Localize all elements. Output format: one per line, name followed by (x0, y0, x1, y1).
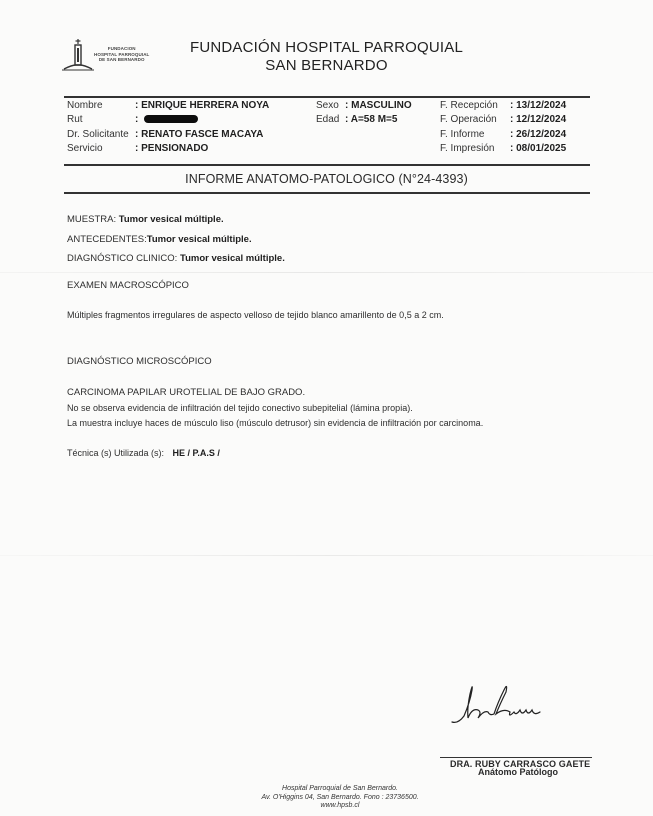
signature-scribble (448, 672, 558, 732)
solicitante-row: Dr. Solicitante: RENATO FASCE MACAYA (67, 128, 269, 142)
tecnica-line: Técnica (s) Utilizada (s): HE / P.A.S / (67, 448, 220, 458)
patient-demographics: Sexo: MASCULINO Edad: A=58 M=5 (316, 99, 412, 128)
dx-clinico-line: DIAGNÓSTICO CLINICO: Tumor vesical múlti… (67, 253, 285, 264)
report-title: INFORME ANATOMO-PATOLOGICO (N°24-4393) (0, 172, 653, 186)
report-dates: F. Recepción: 13/12/2024 F. Operación: 1… (440, 99, 566, 156)
recepcion-row: F. Recepción: 13/12/2024 (440, 99, 566, 113)
signature-line (440, 757, 592, 758)
divider (64, 192, 590, 194)
hospital-title: FUNDACIÓN HOSPITAL PARROQUIAL SAN BERNAR… (0, 39, 653, 75)
paper-fold-line (0, 272, 653, 273)
nombre-row: Nombre: ENRIQUE HERRERA NOYA (67, 99, 269, 113)
micro-line: CARCINOMA PAPILAR UROTELIAL DE BAJO GRAD… (67, 387, 305, 398)
sexo-row: Sexo: MASCULINO (316, 99, 412, 113)
rut-row: Rut: (67, 113, 269, 127)
divider (64, 96, 590, 98)
muestra-line: MUESTRA: Tumor vesical múltiple. (67, 214, 224, 225)
impresion-row: F. Impresión: 08/01/2025 (440, 142, 566, 156)
micro-line: La muestra incluye haces de músculo liso… (67, 418, 483, 428)
paper-fold-line (0, 555, 653, 556)
micro-heading: DIAGNÓSTICO MICROSCÓPICO (67, 356, 212, 367)
edad-row: Edad: A=58 M=5 (316, 113, 412, 127)
servicio-row: Servicio: PENSIONADO (67, 142, 269, 156)
redacted-mark (144, 115, 198, 123)
macro-text: Múltiples fragmentos irregulares de aspe… (67, 310, 444, 320)
antecedentes-line: ANTECEDENTES:Tumor vesical múltiple. (67, 234, 252, 245)
divider (64, 164, 590, 166)
macro-heading: EXAMEN MACROSCÓPICO (67, 280, 189, 291)
micro-line: No se observa evidencia de infiltración … (67, 403, 413, 413)
patient-name: : ENRIQUE HERRERA NOYA (135, 100, 269, 111)
informe-row: F. Informe: 26/12/2024 (440, 128, 566, 142)
operacion-row: F. Operación: 12/12/2024 (440, 113, 566, 127)
footer-address: Hospital Parroquial de San Bernardo. Av.… (230, 785, 450, 811)
patient-info: Nombre: ENRIQUE HERRERA NOYA Rut: Dr. So… (67, 99, 269, 156)
website-link: www.hpsb.cl (230, 802, 450, 811)
pathologist-role: Anátomo Patólogo (478, 767, 558, 777)
